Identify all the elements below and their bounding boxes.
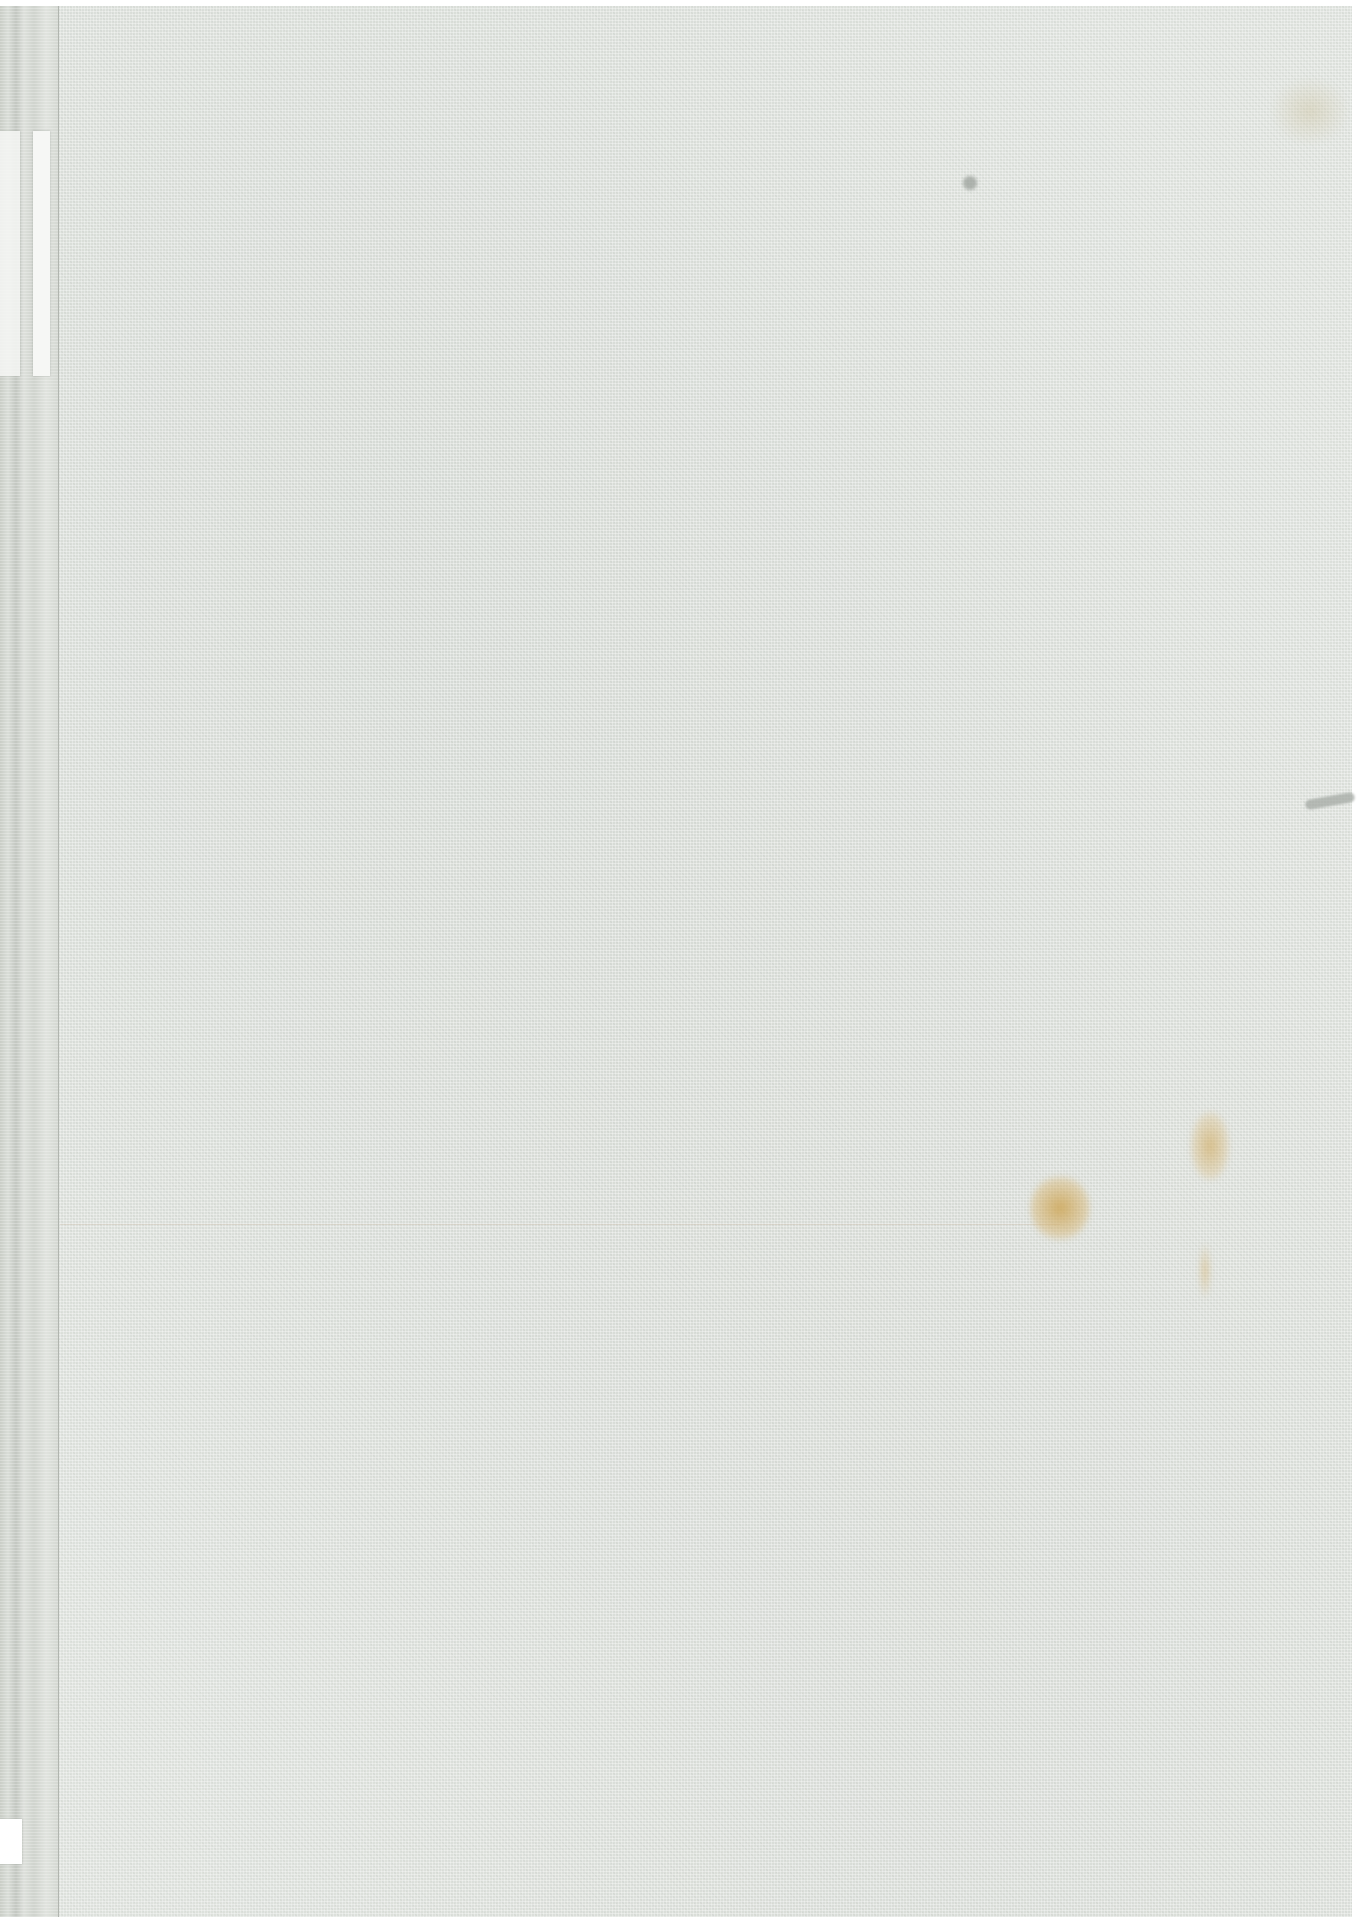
spine-label-strip — [0, 131, 20, 376]
dark-spot — [963, 176, 977, 190]
edge-scuff — [1305, 792, 1356, 811]
foxing-stain-drip — [1198, 1241, 1212, 1301]
faint-crease — [60, 1224, 1060, 1225]
foxing-stain-small — [1190, 1111, 1230, 1181]
foxing-stain-large — [1030, 1174, 1090, 1242]
book-cover — [0, 6, 1352, 1917]
spine-label-strip — [33, 131, 50, 376]
corner-stain — [1270, 76, 1350, 146]
library-label — [0, 1819, 22, 1864]
